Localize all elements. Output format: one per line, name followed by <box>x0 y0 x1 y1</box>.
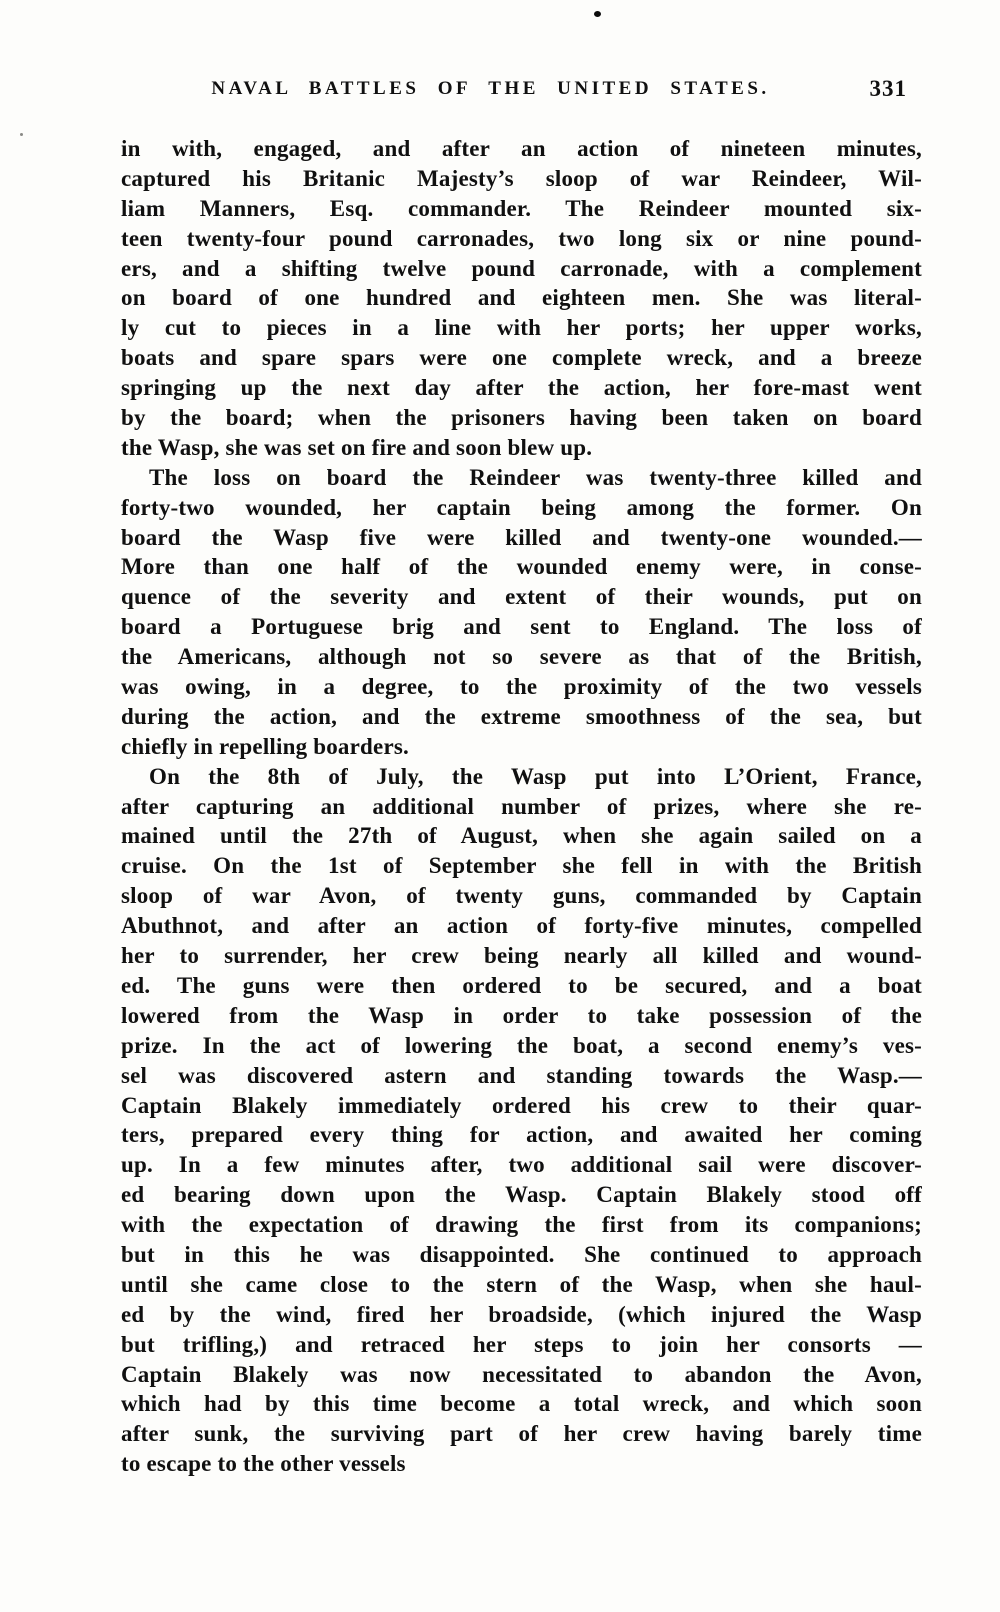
text-line: on board of one hundred and eighteen men… <box>121 283 922 313</box>
paragraph: The loss on board the Reindeer was twent… <box>121 463 922 762</box>
page-body: in with, engaged, and after an action of… <box>121 134 922 1479</box>
text-line: but in this he was disappointed. She con… <box>121 1240 922 1270</box>
text-line: which had by this time become a total wr… <box>121 1389 922 1419</box>
text-line: quence of the severity and extent of the… <box>121 582 922 612</box>
text-line: The loss on board the Reindeer was twent… <box>121 463 922 493</box>
text-line: after sunk, the surviving part of her cr… <box>121 1419 922 1449</box>
text-line: Captain Blakely was now necessitated to … <box>121 1360 922 1390</box>
text-line: On the 8th of July, the Wasp put into L’… <box>121 762 922 792</box>
text-line: until she came close to the stern of the… <box>121 1270 922 1300</box>
ink-speck <box>20 133 23 136</box>
text-line: Abuthnot, and after an action of forty-f… <box>121 911 922 941</box>
text-line: sloop of war Avon, of twenty guns, comma… <box>121 881 922 911</box>
text-line: in with, engaged, and after an action of… <box>121 134 922 164</box>
book-page: NAVAL BATTLES OF THE UNITED STATES. 331 … <box>0 0 1000 1612</box>
text-line: ly cut to pieces in a line with her port… <box>121 313 922 343</box>
page-number: 331 <box>870 76 908 102</box>
text-line: liam Manners, Esq. commander. The Reinde… <box>121 194 922 224</box>
text-line: board a Portuguese brig and sent to Engl… <box>121 612 922 642</box>
paragraph: in with, engaged, and after an action of… <box>121 134 922 463</box>
text-line: ed by the wind, fired her broadside, (wh… <box>121 1300 922 1330</box>
text-line: was owing, in a degree, to the proximity… <box>121 672 922 702</box>
text-line: ters, prepared every thing for action, a… <box>121 1120 922 1150</box>
text-line: Captain Blakely immediately ordered his … <box>121 1091 922 1121</box>
text-line: forty-two wounded, her captain being amo… <box>121 493 922 523</box>
text-line: chiefly in repelling boarders. <box>121 732 922 762</box>
paragraph: On the 8th of July, the Wasp put into L’… <box>121 762 922 1479</box>
text-line: to escape to the other vessels <box>121 1449 922 1479</box>
text-line: but trifling,) and retraced her steps to… <box>121 1330 922 1360</box>
text-line: sel was discovered astern and standing t… <box>121 1061 922 1091</box>
text-line: teen twenty-four pound carronades, two l… <box>121 224 922 254</box>
text-line: springing up the next day after the acti… <box>121 373 922 403</box>
text-line: with the expectation of drawing the firs… <box>121 1210 922 1240</box>
text-line: More than one half of the wounded enemy … <box>121 552 922 582</box>
text-line: during the action, and the extreme smoot… <box>121 702 922 732</box>
text-line: prize. In the act of lowering the boat, … <box>121 1031 922 1061</box>
text-line: captured his Britanic Majesty’s sloop of… <box>121 164 922 194</box>
text-line: board the Wasp five were killed and twen… <box>121 523 922 553</box>
text-line: ed. The guns were then ordered to be sec… <box>121 971 922 1001</box>
text-line: after capturing an additional number of … <box>121 792 922 822</box>
running-header-title: NAVAL BATTLES OF THE UNITED STATES. <box>120 78 861 100</box>
text-line: boats and spare spars were one complete … <box>121 343 922 373</box>
text-line: ers, and a shifting twelve pound carrona… <box>121 254 922 284</box>
text-line: ed bearing down upon the Wasp. Captain B… <box>121 1180 922 1210</box>
text-line: up. In a few minutes after, two addition… <box>121 1150 922 1180</box>
running-header: NAVAL BATTLES OF THE UNITED STATES. 331 <box>120 78 921 106</box>
text-line: cruise. On the 1st of September she fell… <box>121 851 922 881</box>
text-line: the Wasp, she was set on fire and soon b… <box>121 433 922 463</box>
text-line: lowered from the Wasp in order to take p… <box>121 1001 922 1031</box>
ink-speck <box>594 11 601 17</box>
text-line: the Americans, although not so severe as… <box>121 642 922 672</box>
text-line: mained until the 27th of August, when sh… <box>121 821 922 851</box>
text-line: by the board; when the prisoners having … <box>121 403 922 433</box>
text-line: her to surrender, her crew being nearly … <box>121 941 922 971</box>
